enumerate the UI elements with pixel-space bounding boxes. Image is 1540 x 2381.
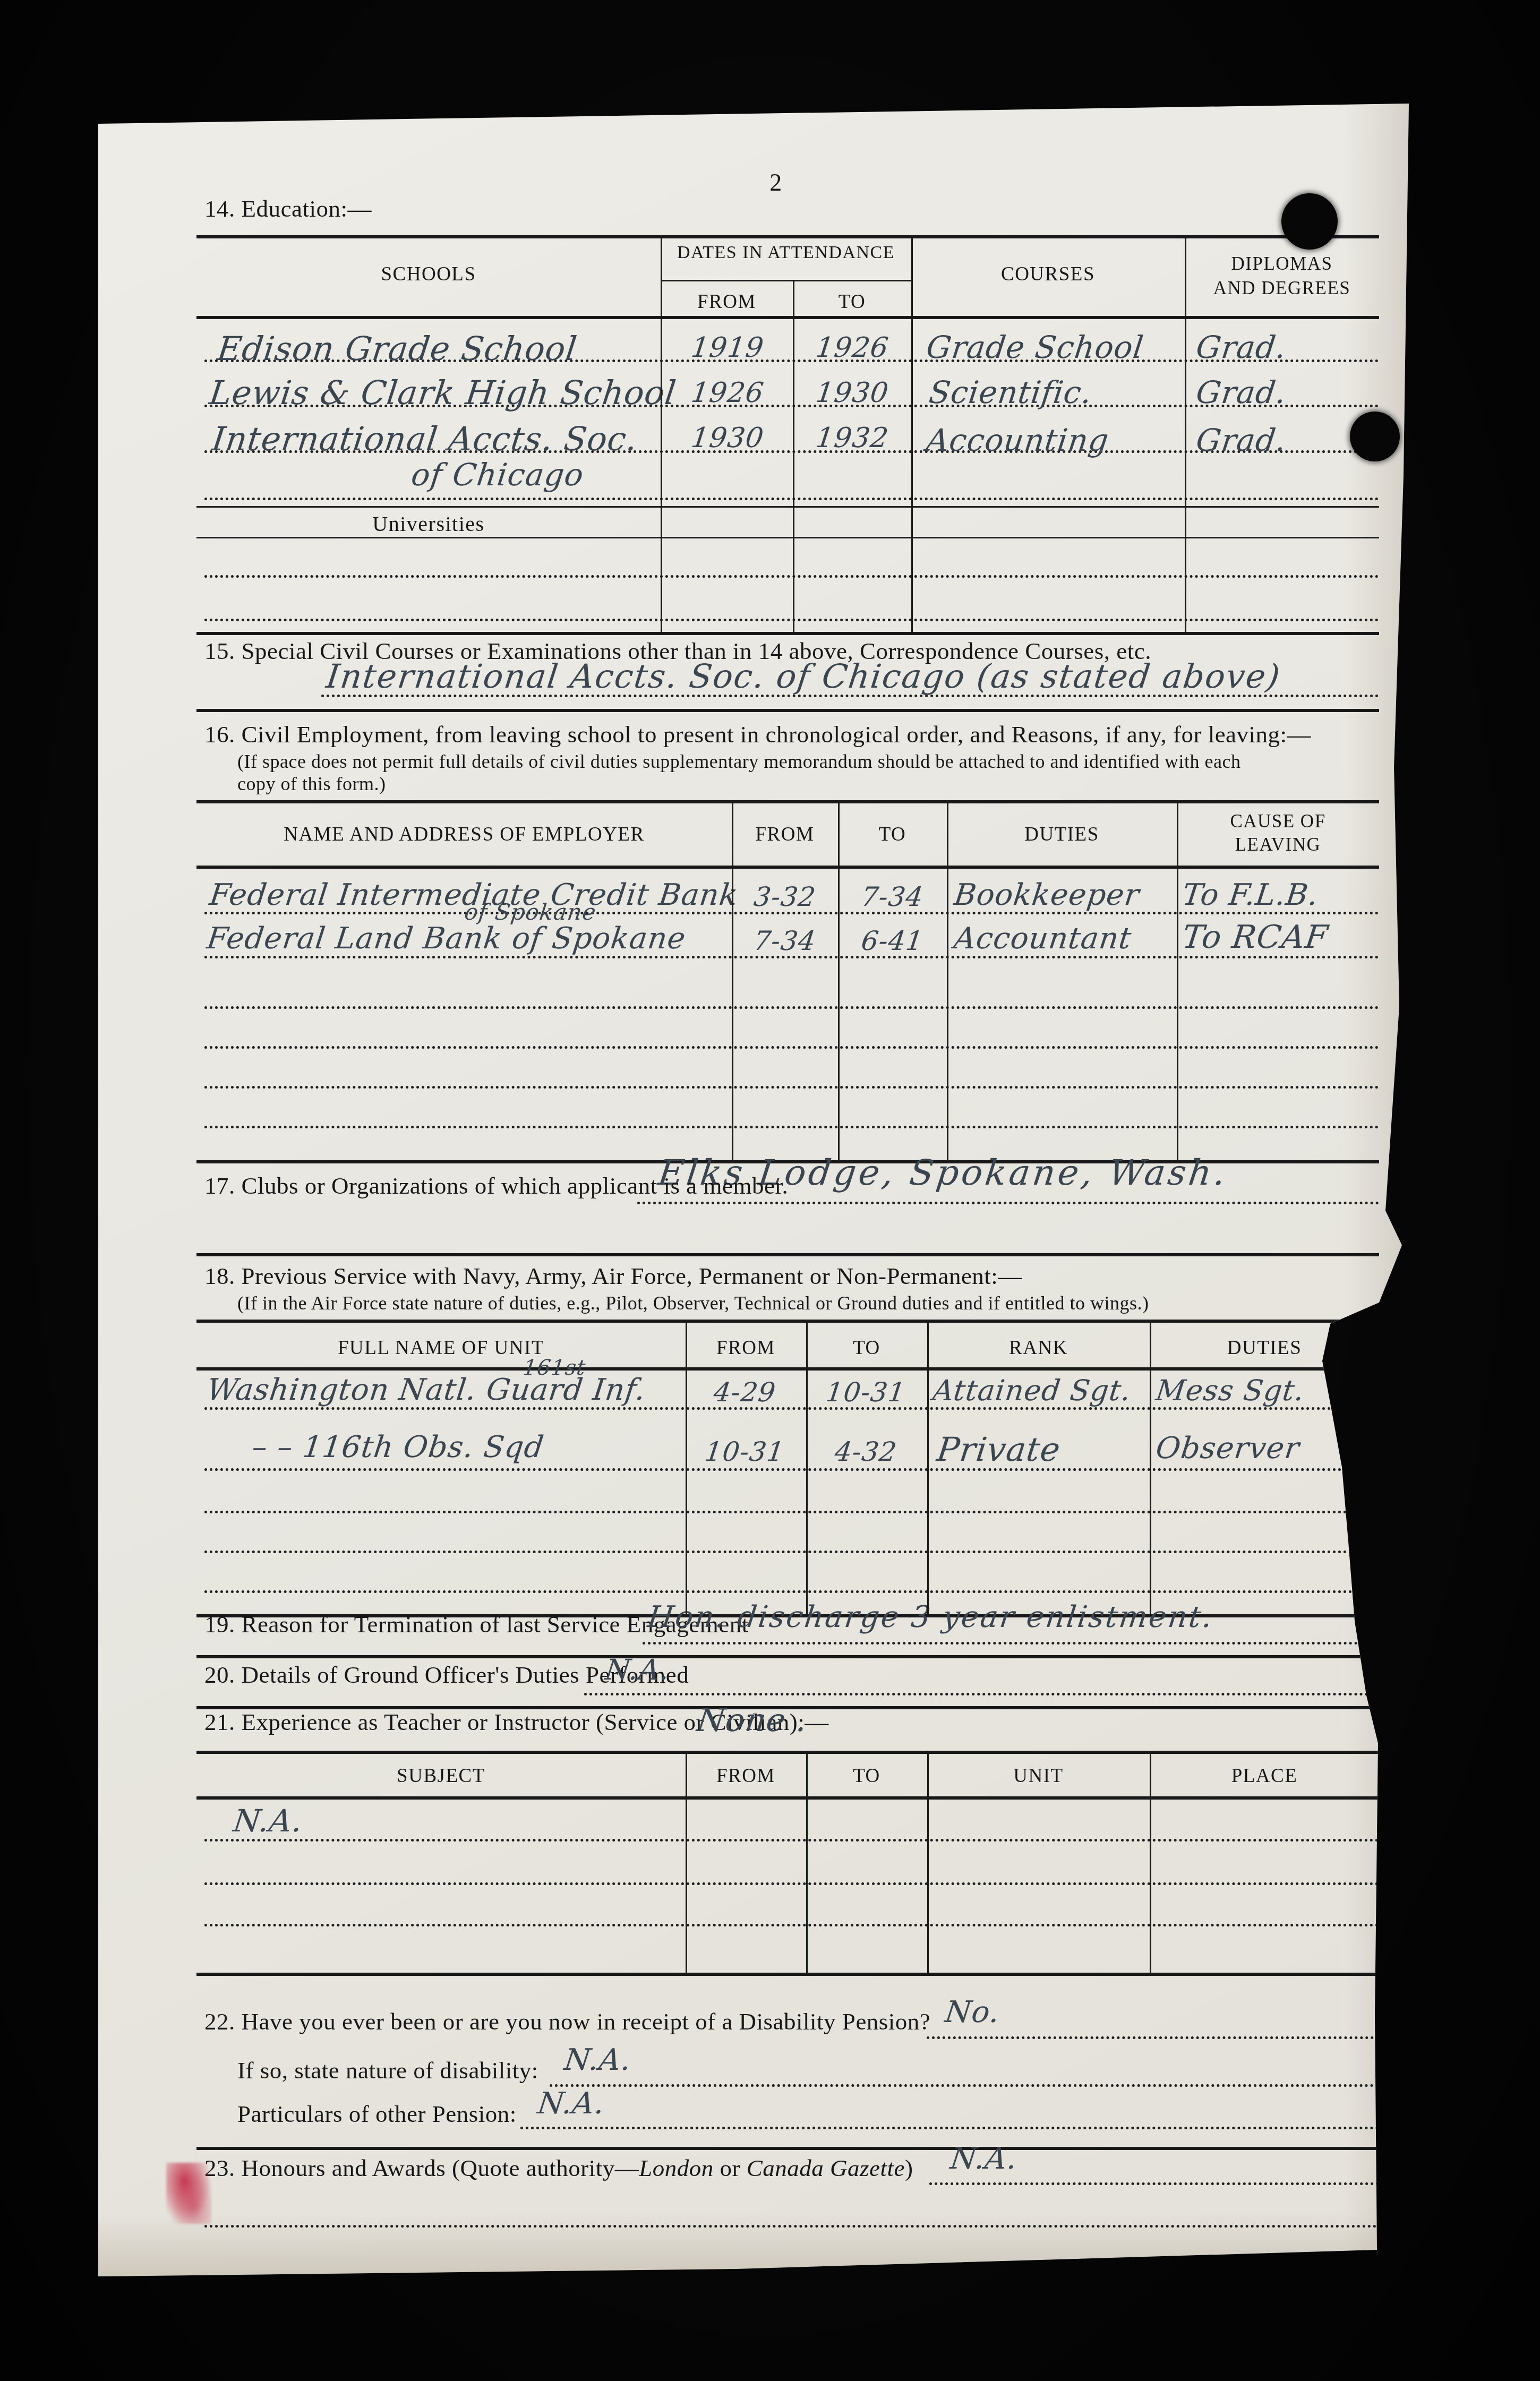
handwriting-date: 6-41 <box>839 926 946 956</box>
writing-line <box>584 1693 1379 1695</box>
section16-note: (If space does not permit full details o… <box>237 750 1240 773</box>
handwriting-date: 1930 <box>797 377 907 409</box>
table16-divider <box>838 800 840 1161</box>
section14-label: 14. Education:— <box>204 195 372 222</box>
page-number: 2 <box>749 168 802 196</box>
handwriting-date: 10-31 <box>686 1436 803 1467</box>
section22-sub1-label: If so, state nature of disability: <box>237 2057 538 2084</box>
writing-line <box>204 1006 1379 1009</box>
writing-line <box>929 2182 1379 2185</box>
table14-divider <box>911 235 913 633</box>
handwriting-answer: N.A. <box>603 1653 672 1686</box>
table18-header-from: FROM <box>686 1337 806 1359</box>
table14-dates-subrule <box>661 280 911 281</box>
writing-line <box>204 1046 1379 1049</box>
handwriting-date: 4-29 <box>686 1377 803 1408</box>
writing-line <box>520 2127 1379 2129</box>
table18-divider <box>1150 1320 1151 1614</box>
table16-divider <box>732 800 733 1161</box>
writing-line <box>204 1126 1379 1128</box>
universities-sub-rule <box>196 537 1379 538</box>
writing-line <box>204 1468 1379 1471</box>
handwriting-school: Lewis & Clark High School <box>208 373 679 412</box>
handwriting-rank: Attained Sgt. <box>931 1374 1133 1407</box>
handwriting-date: 10-31 <box>807 1377 925 1408</box>
handwriting-answer: N.A. <box>948 2142 1019 2176</box>
table16-header-employer: NAME AND ADDRESS OF EMPLOYER <box>196 823 732 846</box>
table14-header-diplomas: AND DEGREES <box>1185 278 1379 299</box>
handwriting-diploma: Grad. <box>1194 374 1289 410</box>
table18-header-rank: RANK <box>927 1337 1150 1359</box>
red-stamp-mark <box>166 2163 211 2224</box>
table14-header-rule <box>196 316 1379 319</box>
writing-line <box>927 2036 1379 2039</box>
handwriting-duties: Mess Sgt. <box>1154 1374 1306 1407</box>
table21-header-unit: UNIT <box>927 1765 1150 1787</box>
writing-line <box>204 1086 1379 1089</box>
table21-divider <box>806 1751 808 1974</box>
table16-header-cause: LEAVING <box>1177 834 1379 855</box>
handwriting-employer: Federal Land Bank of Spokane <box>205 921 688 956</box>
handwriting-course: Scientific. <box>927 374 1094 410</box>
writing-line <box>204 619 1379 621</box>
table14-bottom-rule <box>196 632 1379 635</box>
handwriting-date: 7-34 <box>839 881 946 912</box>
handwriting-unit: Washington Natl. Guard Inf. <box>205 1373 648 1407</box>
table16-header-to: TO <box>838 823 947 846</box>
table21-divider <box>686 1751 687 1974</box>
table16-header-from: FROM <box>732 823 838 846</box>
handwriting-date: 7-34 <box>732 926 837 956</box>
table14-top-rule <box>196 235 1379 238</box>
handwriting-course: Accounting <box>925 422 1111 458</box>
handwriting-school: International Accts. Soc. <box>210 419 640 458</box>
writing-line <box>204 1839 1379 1842</box>
table21-divider <box>927 1751 929 1974</box>
table18-divider <box>686 1320 687 1614</box>
handwriting-date: 1926 <box>664 377 790 409</box>
table21-header-to: TO <box>806 1765 927 1787</box>
handwriting-answer: No. <box>943 1995 1002 2029</box>
table14-divider <box>1185 235 1186 633</box>
table18-header-rule <box>196 1367 1379 1371</box>
writing-line <box>321 695 1379 697</box>
table21-divider <box>1150 1751 1151 1974</box>
table18-header-unit: FULL NAME OF UNIT <box>196 1337 686 1359</box>
writing-line <box>204 1551 1379 1553</box>
section16-label: 16. Civil Employment, from leaving schoo… <box>204 721 1311 748</box>
handwriting-date: 3-32 <box>732 881 837 912</box>
table14-header-diplomas: DIPLOMAS <box>1185 253 1379 275</box>
handwriting-diploma: Grad. <box>1194 329 1289 365</box>
handwriting-date: 1926 <box>797 332 907 364</box>
writing-line <box>643 1642 1379 1645</box>
writing-line <box>204 498 1379 500</box>
section16-note: copy of this form.) <box>237 773 386 795</box>
scan-background: { "page": { "number": "2" }, "section14"… <box>0 0 1540 2381</box>
table21-header-rule <box>196 1796 1379 1800</box>
table14-divider <box>661 235 662 633</box>
table16-divider <box>1177 800 1178 1161</box>
section18-note: (If in the Air Force state nature of dut… <box>237 1292 1149 1314</box>
handwriting-cause: To F.L.B. <box>1180 878 1320 912</box>
punch-hole <box>1350 412 1400 461</box>
writing-line <box>204 575 1379 578</box>
handwriting-date: 1932 <box>797 422 907 454</box>
handwriting-answer: Hon. discharge 3 year enlistment. <box>646 1600 1216 1634</box>
writing-line <box>637 1202 1379 1204</box>
universities-top-rule <box>196 506 1379 508</box>
handwriting-answer: N.A. <box>536 2086 606 2121</box>
handwriting-date: 1919 <box>664 332 790 364</box>
handwriting-diploma: Grad. <box>1194 422 1289 458</box>
writing-line <box>204 2225 1377 2228</box>
handwriting-answer: International Accts. Soc. of Chicago (as… <box>324 657 1283 696</box>
section23-label-london: London <box>639 2155 714 2181</box>
handwriting-rank: Private <box>935 1430 1063 1469</box>
table14-header-courses: COURSES <box>911 263 1185 286</box>
table21-header-place: PLACE <box>1150 1765 1379 1787</box>
table14-header-from: FROM <box>661 290 793 313</box>
section-divider-rule <box>196 1655 1379 1658</box>
table18-divider <box>806 1320 808 1614</box>
handwriting-answer: None . <box>695 1702 810 1739</box>
table16-top-rule <box>196 800 1379 803</box>
table18-top-rule <box>196 1320 1379 1323</box>
handwriting-answer: N.A. <box>562 2043 633 2077</box>
punch-hole <box>1281 193 1338 250</box>
section23-label-or: or <box>714 2155 747 2181</box>
section17-label: 17. Clubs or Organizations of which appl… <box>204 1172 788 1200</box>
writing-line <box>550 2084 1379 2087</box>
table14-header-schools: SCHOOLS <box>196 263 661 286</box>
section18-label: 18. Previous Service with Navy, Army, Ai… <box>204 1262 1022 1290</box>
table21-header-from: FROM <box>686 1765 806 1787</box>
section23-label-gazette: Canada Gazette <box>747 2155 905 2181</box>
table18-header-duties: DUTIES <box>1150 1337 1379 1359</box>
handwriting-school: Edison Grade School <box>216 329 579 368</box>
section23-label: 23. Honours and Awards (Quote authority—… <box>204 2154 913 2182</box>
section23-label-pre: 23. Honours and Awards (Quote authority— <box>204 2155 639 2181</box>
handwriting-duties: Bookkeeper <box>952 878 1141 912</box>
table14-header-dates: DATES IN ATTENDANCE <box>661 243 911 263</box>
table18-divider <box>927 1320 929 1614</box>
handwriting-school: of Chicago <box>409 457 586 493</box>
handwriting-course: Grade School <box>925 329 1146 365</box>
table16-header-rule <box>196 866 1379 869</box>
table21-bottom-rule <box>196 1973 1379 1976</box>
writing-line <box>204 1882 1379 1885</box>
section22-sub2-label: Particulars of other Pension: <box>237 2100 517 2128</box>
handwriting-date: 1930 <box>664 422 790 454</box>
handwriting-duties: Accountant <box>952 921 1133 956</box>
universities-label: Universities <box>196 511 661 536</box>
table14-divider <box>793 280 794 633</box>
table21-header-subject: SUBJECT <box>196 1765 686 1787</box>
section-divider-rule <box>196 1253 1379 1256</box>
writing-line <box>204 1590 1379 1593</box>
table14-header-to: TO <box>793 290 911 313</box>
section22-label: 22. Have you ever been or are you now in… <box>204 2008 930 2035</box>
handwriting-unit: – – 116th Obs. Sqd <box>250 1430 546 1464</box>
table16-divider <box>947 800 948 1161</box>
section23-label-post: ) <box>905 2155 913 2181</box>
writing-line <box>204 1511 1379 1513</box>
form-page: 2 14. Education:— SCHOOLS DATES IN ATTEN… <box>98 104 1410 2278</box>
table16-header-cause: CAUSE OF <box>1177 811 1379 832</box>
writing-line <box>204 1924 1379 1926</box>
section-divider-rule <box>196 709 1379 712</box>
table16-header-duties: DUTIES <box>947 823 1177 846</box>
handwriting-duties: Observer <box>1154 1431 1302 1466</box>
handwriting-date: 4-32 <box>807 1436 925 1467</box>
table18-header-to: TO <box>806 1337 927 1359</box>
handwriting-subject: N.A. <box>232 1803 305 1839</box>
table21-top-rule <box>196 1751 1379 1754</box>
handwriting-cause: To RCAF <box>1180 919 1330 956</box>
section-divider-rule <box>196 2147 1379 2150</box>
